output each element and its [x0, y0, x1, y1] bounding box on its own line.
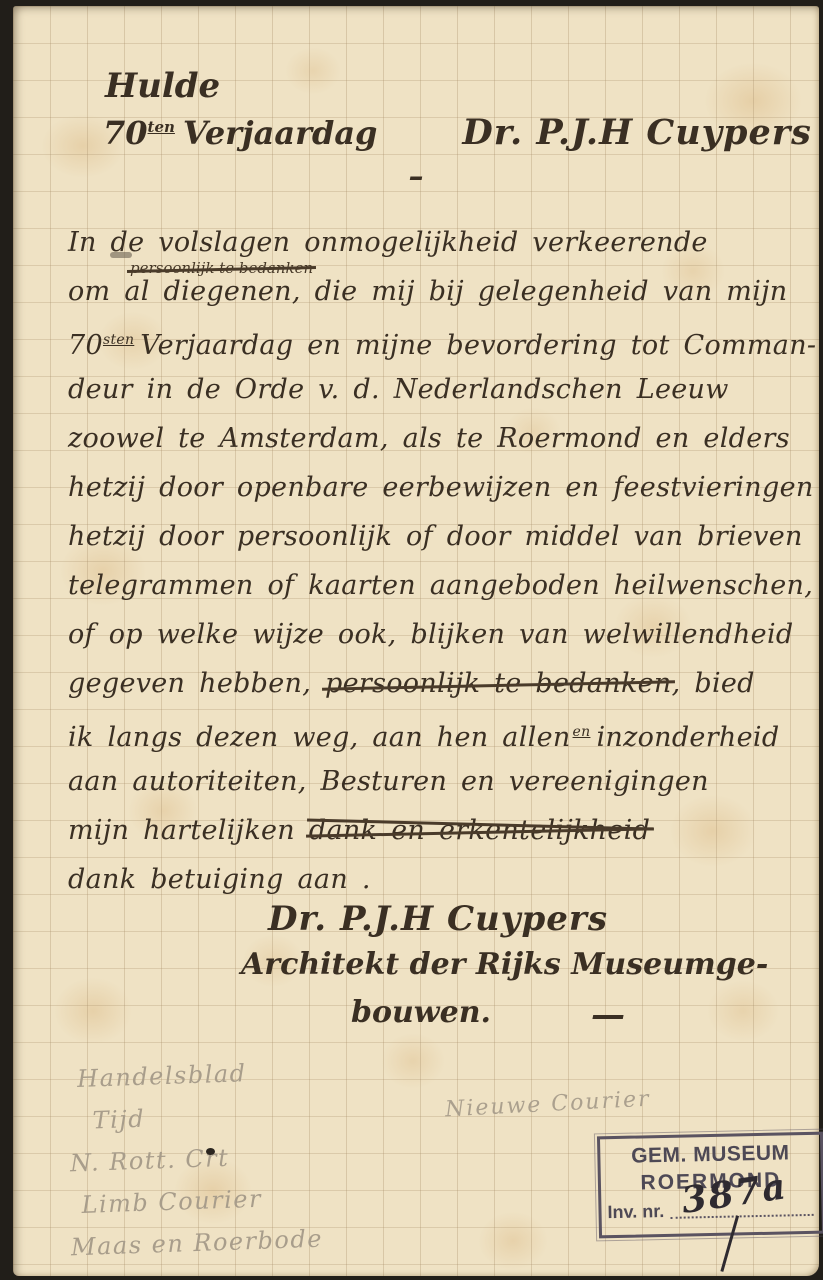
- title-line2: 70tenVerjaardag Dr. P.J.H Cuypers: [13, 112, 819, 153]
- line3-suffix: sten: [103, 332, 134, 348]
- title-hulde: Hulde: [105, 66, 819, 106]
- pencil-note: Maas en Roerbode: [70, 1218, 323, 1269]
- pencil-note-right: Nieuwe Courier: [444, 1087, 651, 1123]
- body-line: telegrammen of kaarten aangeboden heilwe…: [68, 561, 809, 610]
- body-line: mijn hartelijken dank en erkentelijkheid: [68, 806, 809, 855]
- body-line: zoowel te Amsterdam, als te Roermond en …: [68, 414, 809, 463]
- line10-post: , bied: [672, 668, 755, 699]
- anniversary-suffix: ten: [148, 118, 175, 136]
- body-line: 70stenVerjaardag en mijne bevordering to…: [68, 316, 809, 365]
- body-line: of op welke wijze ook, blijken van welwi…: [68, 610, 809, 659]
- divider-dash: –: [13, 159, 819, 194]
- crossed-out-text: dank en erkentelijkheid: [309, 806, 650, 855]
- line11-pre: ik langs dezen weg, aan hen allen: [68, 722, 571, 753]
- scan-background: Hulde 70tenVerjaardag Dr. P.J.H Cuypers …: [0, 0, 823, 1280]
- title-anniversary: 70tenVerjaardag: [103, 114, 377, 152]
- line3-rest: Verjaardag en mijne bevordering tot Comm…: [140, 330, 816, 361]
- anniversary-word: Verjaardag: [183, 114, 378, 152]
- ink-speck: [206, 1148, 215, 1155]
- body-line: deur in de Orde v. d. Nederlandschen Lee…: [68, 365, 809, 414]
- museum-stamp: GEM. MUSEUM ROERMOND Inv. nr. 387a: [597, 1132, 823, 1239]
- ink-smudge: [110, 252, 132, 258]
- letter-paper: Hulde 70tenVerjaardag Dr. P.J.H Cuypers …: [13, 6, 819, 1276]
- signature-title-cont: bouwen.: [351, 995, 491, 1030]
- pen-stroke: [720, 1215, 739, 1272]
- anniversary-number: 70: [103, 114, 148, 152]
- signature-title: Architekt der Rijks Museumge-: [241, 947, 768, 982]
- pencil-note-list: Handelsblad Tijd N. Rott. Crt Limb Couri…: [64, 1050, 323, 1269]
- interlinear-insertion: persoonlijk te bedanken: [130, 259, 313, 277]
- line13-pre: mijn hartelijken: [68, 815, 295, 846]
- body-line: gegeven hebben, persoonlijk te bedanken,…: [68, 659, 809, 708]
- body-line: hetzij door openbare eerbewijzen en fees…: [68, 463, 809, 512]
- signature-flourish: —: [591, 995, 625, 1035]
- signature-name: Dr. P.J.H Cuypers: [268, 899, 608, 939]
- body-line: hetzij door persoonlijk of door middel v…: [68, 512, 809, 561]
- body-line: aan autoriteiten, Besturen en vereenigin…: [68, 757, 809, 806]
- inserted-word: en: [573, 724, 591, 740]
- body-line: ik langs dezen weg, aan hen alleneninzon…: [68, 708, 809, 757]
- letter-header: Hulde 70tenVerjaardag Dr. P.J.H Cuypers …: [13, 66, 819, 194]
- line3-number: 70: [68, 330, 103, 361]
- line11-post: inzonderheid: [596, 722, 779, 753]
- crossed-out-text: persoonlijk te bedanken: [325, 659, 672, 708]
- stamp-inventory-label: Inv. nr.: [607, 1201, 664, 1223]
- body-line: dank betuiging aan .: [68, 855, 809, 904]
- line10-pre: gegeven hebben,: [68, 668, 311, 699]
- title-name: Dr. P.J.H Cuypers: [462, 112, 811, 153]
- letter-body: In de volslagen onmogelijkheid verkeeren…: [68, 218, 809, 904]
